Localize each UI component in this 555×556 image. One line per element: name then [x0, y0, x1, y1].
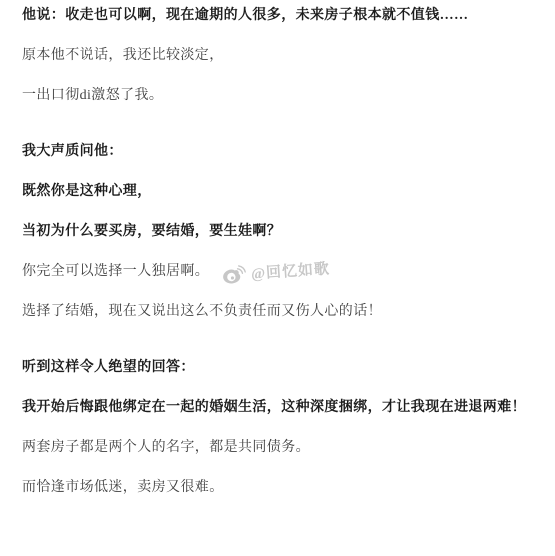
- paragraph: 既然你是这种心理，: [22, 184, 537, 200]
- article-body: 他说：收走也可以啊，现在逾期的人很多，未来房子根本就不值钱……原本他不说话，我还…: [0, 0, 555, 496]
- weibo-logo-icon: [221, 264, 246, 286]
- paragraph: 我开始后悔跟他绑定在一起的婚姻生活，这种深度捆绑，才让我现在进退两难！: [22, 400, 537, 416]
- paragraph: 原本他不说话，我还比较淡定，: [22, 48, 537, 64]
- paragraph: 我大声质问他：: [22, 144, 537, 160]
- paragraph: 两套房子都是两个人的名字，都是共同债务。: [22, 440, 537, 456]
- paragraph: 一出口彻di激怒了我。: [22, 88, 537, 104]
- article-page: 他说：收走也可以啊，现在逾期的人很多，未来房子根本就不值钱……原本他不说话，我还…: [0, 0, 555, 556]
- paragraph: 而恰逢市场低迷，卖房又很难。: [22, 480, 537, 496]
- paragraph: 选择了结婚，现在又说出这么不负责任而又伤人心的话！: [22, 304, 537, 320]
- paragraph: 听到这样令人绝望的回答：: [22, 360, 537, 376]
- paragraph: 他说：收走也可以啊，现在逾期的人很多，未来房子根本就不值钱……: [22, 8, 537, 24]
- paragraph: 当初为什么要买房，要结婚，要生娃啊？: [22, 224, 537, 240]
